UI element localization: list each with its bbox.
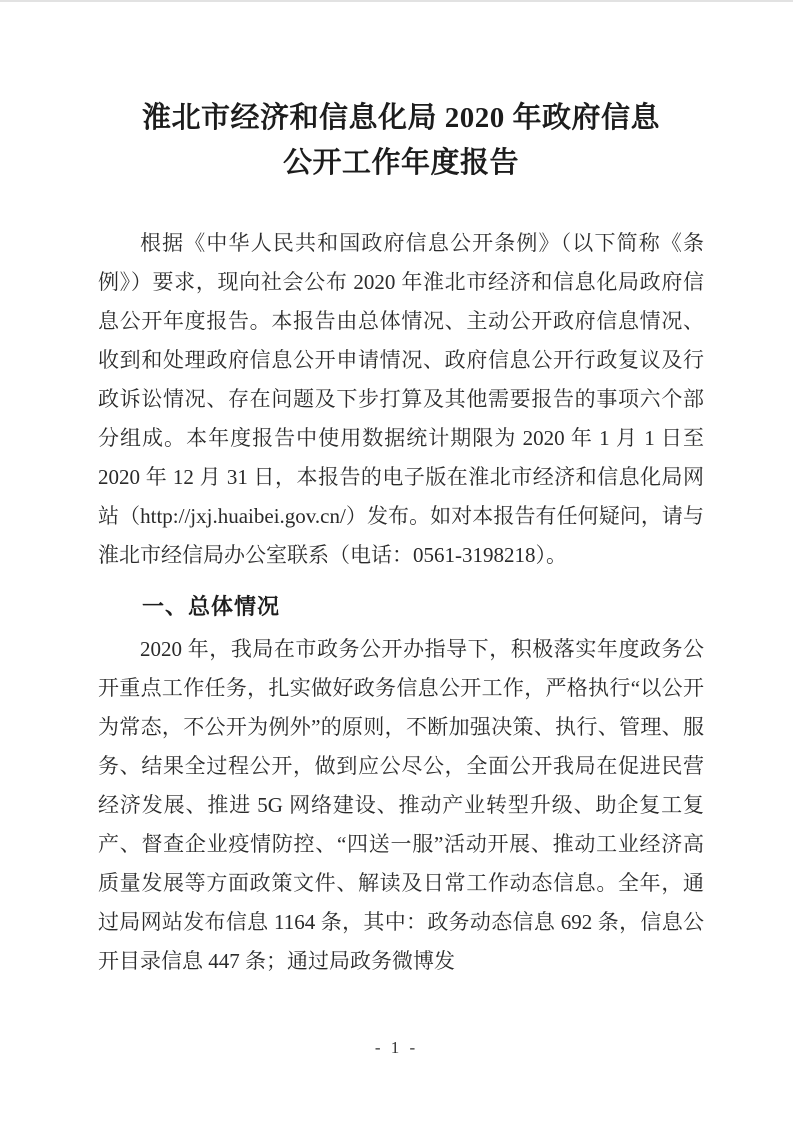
document-page: 淮北市经济和信息化局 2020 年政府信息 公开工作年度报告 根据《中华人民共和…: [0, 0, 793, 1122]
intro-paragraph: 根据《中华人民共和国政府信息公开条例》（以下简称《条例》）要求，现向社会公布 2…: [98, 224, 704, 575]
document-title-line-1: 淮北市经济和信息化局 2020 年政府信息: [98, 96, 704, 141]
document-title-line-2: 公开工作年度报告: [98, 141, 704, 186]
document-content: 淮北市经济和信息化局 2020 年政府信息 公开工作年度报告 根据《中华人民共和…: [98, 0, 704, 981]
overview-paragraph: 2020 年，我局在市政务公开办指导下，积极落实年度政务公开重点工作任务，扎实做…: [98, 630, 704, 981]
section-heading-overview: 一、总体情况: [98, 587, 704, 626]
page-number: - 1 -: [0, 1038, 793, 1058]
document-title: 淮北市经济和信息化局 2020 年政府信息 公开工作年度报告: [98, 96, 704, 186]
